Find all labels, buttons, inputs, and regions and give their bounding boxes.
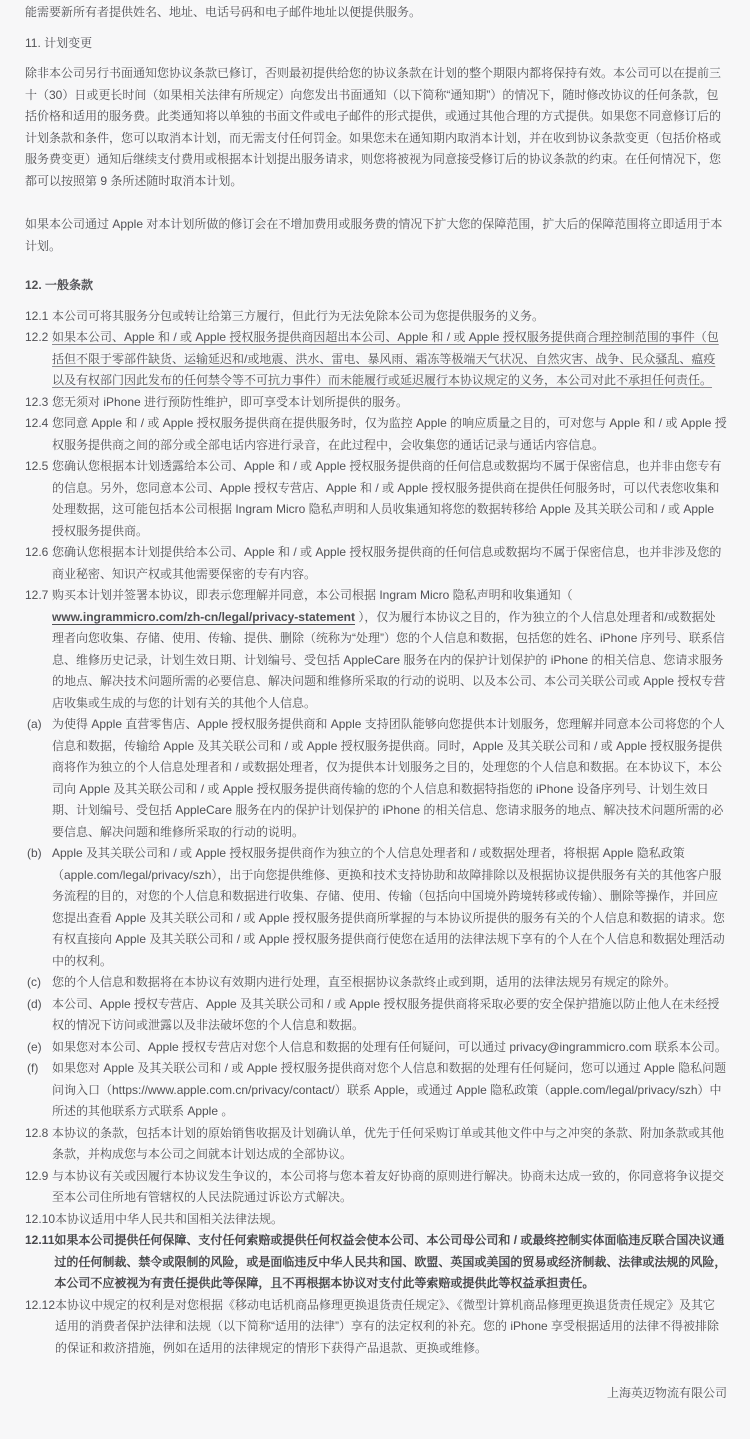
clause-12-7: 12.7 购买本计划并签署本协议，即表示您理解并同意，本公司根据 Ingram … xyxy=(25,585,727,714)
sub-clause-b: (b) Apple 及其关联公司和 / 或 Apple 授权服务提供商作为独立的… xyxy=(25,843,727,972)
sub-clause-text: 如果您对 Apple 及其关联公司和 / 或 Apple 授权服务提供商对您个人… xyxy=(52,1058,727,1123)
clause-text-bold: 如果本公司提供任何保障、支付任何索赔或提供任何权益会使本公司、本公司母公司和 /… xyxy=(54,1230,727,1295)
sub-clause-letter: (d) xyxy=(25,994,52,1016)
section-11-paragraph-1: 除非本公司另行书面通知您协议条款已修订，否则最初提供给您的协议条款在计划的整个期… xyxy=(25,63,727,192)
clause-12-5: 12.5 您确认您根据本计划透露给本公司、Apple 和 / 或 Apple 授… xyxy=(25,456,727,542)
clause-number: 12.5 xyxy=(25,456,52,478)
clause-text-underlined: 如果本公司、Apple 和 / 或 Apple 授权服务提供商因超出本公司、Ap… xyxy=(52,327,727,392)
sub-clause-e: (e) 如果您对本公司、Apple 授权专营店对您个人信息和数据的处理有任何疑问… xyxy=(25,1037,727,1059)
clause-12-12: 12.12 本协议中规定的权利是对您根据《移动电话机商品修理更换退货责任规定》、… xyxy=(25,1295,727,1360)
clause-number: 12.2 xyxy=(25,327,52,349)
clause-number: 12.1 xyxy=(25,306,52,328)
footer-company-name: 上海英迈物流有限公司 xyxy=(607,1386,727,1400)
sub-clause-text: 如果您对本公司、Apple 授权专营店对您个人信息和数据的处理有任何疑问，可以通… xyxy=(52,1037,727,1059)
clause-12-9: 12.9 与本协议有关或因履行本协议发生争议的，本公司将与您本着友好协商的原则进… xyxy=(25,1166,727,1209)
sub-clause-text: 为使得 Apple 直营零售店、Apple 授权服务提供商和 Apple 支持团… xyxy=(52,714,727,843)
sub-clause-letter: (c) xyxy=(25,972,52,994)
clause-number: 12.10 xyxy=(25,1209,55,1231)
sub-clause-d: (d) 本公司、Apple 授权专营店、Apple 及其关联公司和 / 或 Ap… xyxy=(25,994,727,1037)
footer: 上海英迈物流有限公司 xyxy=(25,1359,727,1405)
clause-12-2: 12.2 如果本公司、Apple 和 / 或 Apple 授权服务提供商因超出本… xyxy=(25,327,727,392)
clause-text: 您无须对 iPhone 进行预防性维护，即可享受本计划所提供的服务。 xyxy=(52,392,727,414)
clause-text: 您确认您根据本计划透露给本公司、Apple 和 / 或 Apple 授权服务提供… xyxy=(52,456,727,542)
sub-clause-letter: (e) xyxy=(25,1037,52,1059)
clause-text-after-link: ），仅为履行本协议之目的，作为独立的个人信息处理者和/或数据处理者向您收集、存储… xyxy=(52,610,725,710)
clause-text-before-link: 购买本计划并签署本协议，即表示您理解并同意，本公司根据 Ingram Micro… xyxy=(52,588,573,602)
clause-number: 12.8 xyxy=(25,1123,52,1145)
sub-clause-letter: (f) xyxy=(25,1058,52,1080)
privacy-statement-link[interactable]: www.ingrammicro.com/zh-cn/legal/privacy-… xyxy=(52,610,355,624)
clause-number: 12.11 xyxy=(25,1230,54,1252)
clause-12-1: 12.1 本公司可将其服务分包或转让给第三方履行，但此行为无法免除本公司为您提供… xyxy=(25,306,727,328)
sub-clause-text: Apple 及其关联公司和 / 或 Apple 授权服务提供商作为独立的个人信息… xyxy=(52,843,727,972)
clause-number: 12.7 xyxy=(25,585,52,607)
sub-clause-letter: (a) xyxy=(25,714,52,736)
clause-12-3: 12.3 您无须对 iPhone 进行预防性维护，即可享受本计划所提供的服务。 xyxy=(25,392,727,414)
sub-clause-a: (a) 为使得 Apple 直营零售店、Apple 授权服务提供商和 Apple… xyxy=(25,714,727,843)
sub-clause-text: 您的个人信息和数据将在本协议有效期内进行处理，直至根据协议条款终止或到期，适用的… xyxy=(52,972,727,994)
sub-clause-f: (f) 如果您对 Apple 及其关联公司和 / 或 Apple 授权服务提供商… xyxy=(25,1058,727,1123)
sub-clause-text: 本公司、Apple 授权专营店、Apple 及其关联公司和 / 或 Apple … xyxy=(52,994,727,1037)
clause-text: 本协议中规定的权利是对您根据《移动电话机商品修理更换退货责任规定》、《微型计算机… xyxy=(55,1295,727,1360)
clause-number: 12.3 xyxy=(25,392,52,414)
section-11-paragraph-2: 如果本公司通过 Apple 对本计划所做的修订会在不增加费用或服务费的情况下扩大… xyxy=(25,214,727,257)
sub-clause-c: (c) 您的个人信息和数据将在本协议有效期内进行处理，直至根据协议条款终止或到期… xyxy=(25,972,727,994)
clause-text: 您同意 Apple 和 / 或 Apple 授权服务提供商在提供服务时，仅为监控… xyxy=(52,413,727,456)
clause-text: 购买本计划并签署本协议，即表示您理解并同意，本公司根据 Ingram Micro… xyxy=(52,585,727,714)
clause-text: 您确认您根据本计划提供给本公司、Apple 和 / 或 Apple 授权服务提供… xyxy=(52,542,727,585)
clause-number: 12.6 xyxy=(25,542,52,564)
clause-number: 12.9 xyxy=(25,1166,52,1188)
sub-clause-letter: (b) xyxy=(25,843,52,865)
clause-number: 12.12 xyxy=(25,1295,55,1317)
terms-document: 能需要新所有者提供姓名、地址、电话号码和电子邮件地址以便提供服务。 11. 计划… xyxy=(0,0,750,1439)
clause-12-4: 12.4 您同意 Apple 和 / 或 Apple 授权服务提供商在提供服务时… xyxy=(25,413,727,456)
clause-12-10: 12.10 本协议适用中华人民共和国相关法律法规。 xyxy=(25,1209,727,1231)
clause-12-11: 12.11 如果本公司提供任何保障、支付任何索赔或提供任何权益会使本公司、本公司… xyxy=(25,1230,727,1295)
section-11-heading: 11. 计划变更 xyxy=(25,33,727,55)
clause-12-8: 12.8 本协议的条款，包括本计划的原始销售收据及计划确认单，优先于任何采购订单… xyxy=(25,1123,727,1166)
clause-text: 本公司可将其服务分包或转让给第三方履行，但此行为无法免除本公司为您提供服务的义务… xyxy=(52,306,727,328)
clause-text: 本协议适用中华人民共和国相关法律法规。 xyxy=(55,1209,727,1231)
clause-text: 本协议的条款，包括本计划的原始销售收据及计划确认单，优先于任何采购订单或其他文件… xyxy=(52,1123,727,1166)
clause-text: 与本协议有关或因履行本协议发生争议的，本公司将与您本着友好协商的原则进行解决。协… xyxy=(52,1166,727,1209)
intro-continuation-line: 能需要新所有者提供姓名、地址、电话号码和电子邮件地址以便提供服务。 xyxy=(25,2,727,24)
section-12-heading: 12. 一般条款 xyxy=(25,275,727,297)
clause-12-6: 12.6 您确认您根据本计划提供给本公司、Apple 和 / 或 Apple 授… xyxy=(25,542,727,585)
clause-number: 12.4 xyxy=(25,413,52,435)
